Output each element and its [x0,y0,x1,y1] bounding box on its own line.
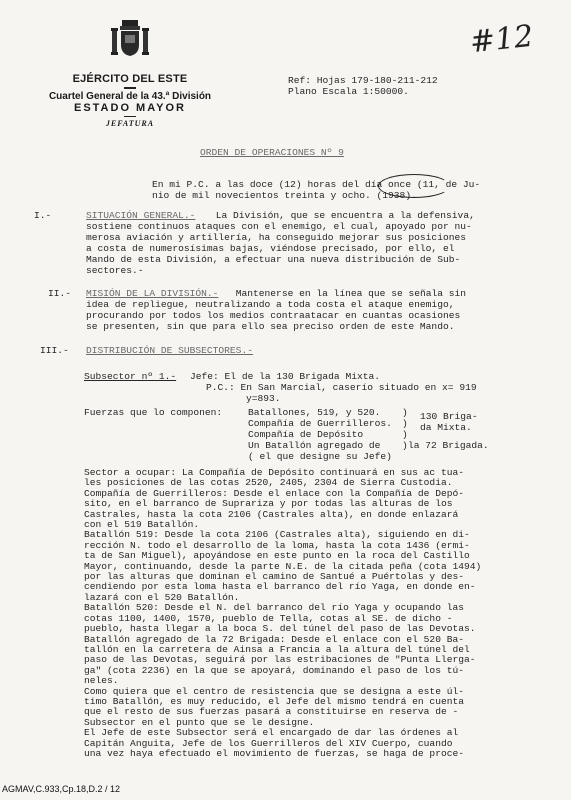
body-text: Sector a ocupar: La Compañía de Depósito… [84,468,481,759]
forces-label: Fuerzas que lo componen: [84,408,222,418]
section-line: se presenten, sin que para ello sea prec… [86,322,454,332]
body-line: El Jefe de este Subsector será el encarg… [84,728,481,738]
office-name: JEFATURA [30,119,230,128]
intro-line-1: En mi P.C. a las doce (12) horas del día… [152,180,480,190]
intro-line-2: nio de mil novecientos treinta y ocho. (… [152,191,417,201]
bracket-mark: ) [402,430,408,440]
reference-line-1: Ref: Hojas 179-180-211-212 [288,76,438,86]
army-name: EJÉRCITO DEL ESTE [30,73,230,85]
section-number: III.- [40,346,69,356]
section-line: a costa de numerosísimas bajas, viéndose… [86,244,454,254]
subsector-pc-line-1: P.C.: En San Marcial, caserío situado en… [206,383,477,393]
letterhead: EJÉRCITO DEL ESTE Cuartel General de la … [30,18,230,128]
subsector-label: Subsector nº 1.- [84,372,176,382]
section-heading: DISTRIBUCIÓN DE SUBSECTORES.- [86,346,253,356]
section-line: idea de repliegue, neutralizando a toda … [86,300,454,310]
bracket-note: 130 Briga- [420,412,478,422]
body-line: una vez haya efectuado el movimiento de … [84,749,481,759]
divider [124,87,136,89]
section-number: II.- [48,289,71,299]
force-item: Un Batallón agregado de [248,441,380,451]
section-line: merosa aviación y artillería, ha consegu… [86,233,466,243]
section-line: procurando por todos los medios contraat… [86,311,460,321]
section-heading: SITUACIÓN GENERAL.- [86,211,195,221]
section-line: sostiene continuos ataques con el enemig… [86,222,472,232]
headquarters-name: Cuartel General de la 43.ª División [30,91,230,102]
subsector-pc-line-2: y=893. [246,394,281,404]
force-item: Compañía de Guerrilleros. [248,419,392,429]
document-page: EJÉRCITO DEL ESTE Cuartel General de la … [0,0,571,800]
force-item: Compañía de Depósito [248,430,363,440]
handwritten-page-number: #12 [468,19,535,60]
bracket-note: da Mixta. [420,423,472,433]
section-line: La División, que se encuentra a la defen… [210,211,475,221]
force-item: Batallones, 519, y 520. [248,408,380,418]
coat-of-arms-icon [108,18,152,62]
bracket-note: la 72 Brigada. [408,441,489,451]
section-number: I.- [34,211,51,221]
body-line: pueblo, hasta llegar a la boca S. del tú… [84,624,481,634]
staff-name: ESTADO MAYOR [30,102,230,114]
section-line: sectores.- [86,266,144,276]
bracket-mark: ) [402,419,408,429]
body-line: ga" (cota 2236) en la que se apoyará, do… [84,666,481,676]
archive-reference: AGMAV,C.933,Cp.18,D.2 / 12 [2,784,120,794]
body-line: neles. [84,676,481,686]
reference-line-2: Plano Escala 1:50000. [288,87,409,97]
subsector-chief: Jefe: El de la 130 Brigada Mixta. [190,372,380,382]
divider [124,116,136,118]
document-title: ORDEN DE OPERACIONES Nº 9 [200,148,344,158]
force-item: ( el que designe su Jefe) [248,452,392,462]
bracket-mark: ) [402,441,408,451]
section-line: Mando de esta División, a efectuar una n… [86,255,460,265]
section-line: Mantenerse en la línea que se señala sin [230,289,466,299]
section-heading: MISIÓN DE LA DIVISIÓN.- [86,289,218,299]
bracket-mark: ) [402,408,408,418]
